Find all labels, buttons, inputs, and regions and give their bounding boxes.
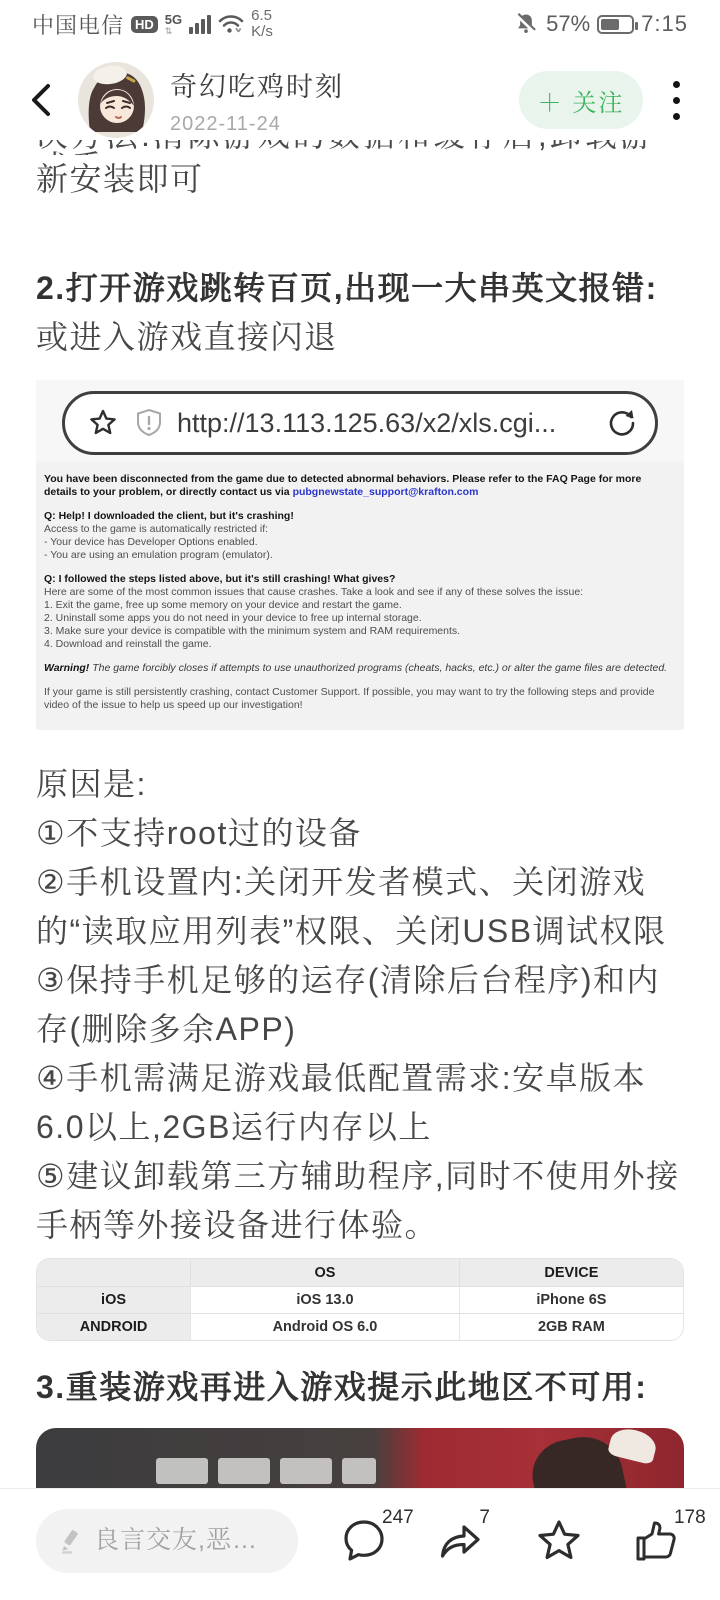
comment-count: 247: [382, 1507, 414, 1529]
reload-icon: [607, 408, 637, 438]
post-header: 奇幻吃鸡时刻 2022-11-24 ＋ 关注: [0, 52, 720, 148]
network-speed: 6.5 K/s: [251, 8, 273, 40]
like-count: 178: [674, 1507, 706, 1529]
pencil-icon: [56, 1527, 84, 1555]
min-spec-table: OS DEVICE iOS iOS 13.0 iPhone 6S ANDROID…: [36, 1258, 684, 1341]
reason-item: ①不支持root过的设备: [36, 809, 684, 858]
network-type-icon: 5G ⇅: [165, 13, 182, 36]
reason-item: ③保持手机足够的运存(清除后台程序)和内存(删除多余APP): [36, 956, 684, 1054]
bookmark-star-icon: [87, 407, 119, 439]
hd-badge: HD: [131, 16, 158, 33]
section-heading-3: 3.重装游戏再进入游戏提示此地区不可用:: [36, 1363, 684, 1412]
table-header-cell: DEVICE: [459, 1259, 683, 1286]
comment-input-pill[interactable]: [36, 1509, 298, 1573]
share-button[interactable]: 7: [437, 1517, 485, 1565]
table-row: ANDROID Android OS 6.0 2GB RAM: [37, 1313, 683, 1340]
avatar[interactable]: [78, 62, 154, 138]
username[interactable]: 奇幻吃鸡时刻: [170, 65, 344, 104]
back-button[interactable]: [28, 78, 58, 122]
app-screen: 中国电信 HD 5G ⇅ 6.5 K/s: [0, 0, 720, 1600]
favorite-button[interactable]: [535, 1517, 583, 1565]
wifi-icon: [218, 13, 244, 35]
reason-item: ⑤建议卸载第三方辅助程序,同时不使用外接手柄等外接设备进行体验。: [36, 1152, 684, 1250]
clock: 7:15: [641, 11, 688, 37]
signal-bars-icon: [189, 14, 211, 34]
faq-text-block: You have been disconnected from the game…: [36, 461, 684, 716]
browser-address-bar: http://13.113.125.63/x2/xls.cgi...: [62, 391, 658, 455]
follow-button[interactable]: ＋ 关注: [519, 71, 643, 129]
table-header-cell: [37, 1259, 190, 1286]
bottom-action-bar: 247 7 178: [0, 1488, 720, 1600]
error-screenshot-image[interactable]: http://13.113.125.63/x2/xls.cgi... You h…: [36, 380, 684, 730]
share-count: 7: [479, 1507, 490, 1529]
mute-bell-icon: [513, 11, 539, 37]
status-bar: 中国电信 HD 5G ⇅ 6.5 K/s: [0, 0, 720, 48]
reason-title: 原因是:: [36, 760, 684, 809]
table-header-cell: OS: [190, 1259, 459, 1286]
comment-input[interactable]: [94, 1526, 284, 1555]
like-button[interactable]: 178: [632, 1517, 680, 1565]
section-heading-2: 2.打开游戏跳转百页,出现一大串英文报错:或进入游戏直接闪退: [36, 264, 684, 362]
table-row: iOS iOS 13.0 iPhone 6S: [37, 1286, 683, 1313]
battery-icon: [597, 15, 634, 34]
support-email-link: pubgnewstate_support@krafton.com: [293, 486, 479, 498]
comment-button[interactable]: 247: [340, 1517, 388, 1565]
reason-item: ②手机设置内:关闭开发者模式、关闭游戏的“读取应用列表”权限、关闭USB调试权限: [36, 858, 684, 956]
game-region-error-image[interactable]: [36, 1428, 684, 1488]
reason-item: ④手机需满足游戏最低配置需求:安卓版本6.0以上,2GB运行内存以上: [36, 1054, 684, 1152]
insecure-shield-icon: [135, 408, 163, 438]
pubg-logo-blocks: [156, 1458, 376, 1484]
paragraph-tail: 新安装即可: [36, 155, 684, 204]
url-text: http://13.113.125.63/x2/xls.cgi...: [177, 408, 607, 439]
clipped-text-line: 决方法:清除游戏的数据和缓存后,卸载游戏重: [36, 140, 684, 155]
article-body: 决方法:清除游戏的数据和缓存后,卸载游戏重 新安装即可 2.打开游戏跳转百页,出…: [36, 140, 684, 1488]
carrier-label: 中国电信: [32, 9, 124, 40]
more-options-button[interactable]: [673, 81, 680, 120]
post-date: 2022-11-24: [170, 113, 344, 136]
battery-percent: 57%: [546, 11, 590, 37]
